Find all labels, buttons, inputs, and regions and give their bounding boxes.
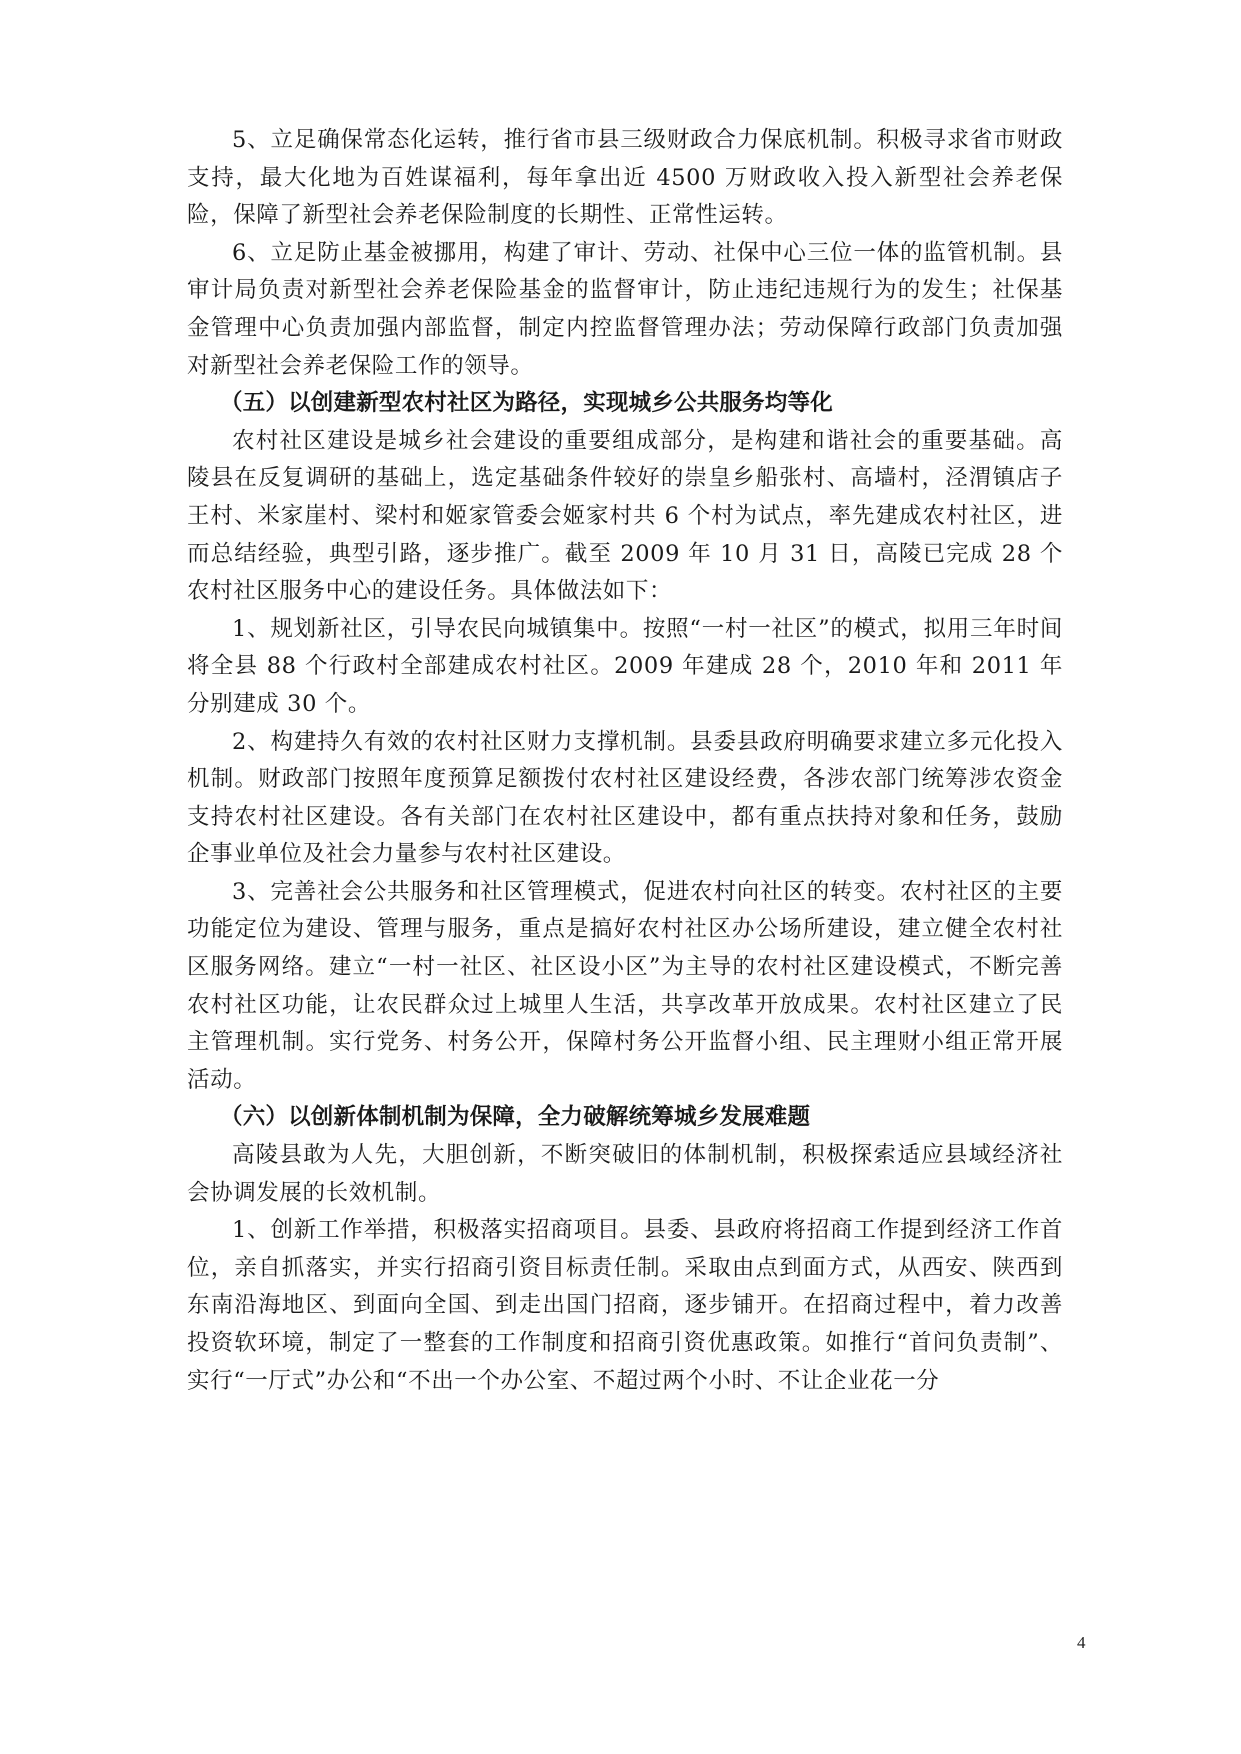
- paragraph-item-6-supervision: 6、立足防止基金被挪用，构建了审计、劳动、社保中心三位一体的监管机制。县审计局负…: [187, 235, 1063, 385]
- page-number: 4: [1077, 1633, 1086, 1653]
- section-heading-5: （五）以创建新型农村社区为路径，实现城乡公共服务均等化: [187, 385, 1063, 423]
- paragraph-innovation-intro: 高陵县敢为人先，大胆创新，不断突破旧的体制机制，积极探索适应县域经济社会协调发展…: [187, 1137, 1063, 1212]
- paragraph-community-intro: 农村社区建设是城乡社会建设的重要组成部分，是构建和谐社会的重要基础。高陵县在反复…: [187, 423, 1063, 611]
- section-heading-6: （六）以创新体制机制为保障，全力破解统筹城乡发展难题: [187, 1099, 1063, 1137]
- paragraph-item-1-investment: 1、创新工作举措，积极落实招商项目。县委、县政府将招商工作提到经济工作首位，亲自…: [187, 1212, 1063, 1400]
- document-body: 5、立足确保常态化运转，推行省市县三级财政合力保底机制。积极寻求省市财政支持，最…: [187, 122, 1063, 1400]
- paragraph-item-3-services: 3、完善社会公共服务和社区管理模式，促进农村向社区的转变。农村社区的主要功能定位…: [187, 874, 1063, 1100]
- paragraph-item-2-finance: 2、构建持久有效的农村社区财力支撑机制。县委县政府明确要求建立多元化投入机制。财…: [187, 724, 1063, 874]
- paragraph-item-5-funding: 5、立足确保常态化运转，推行省市县三级财政合力保底机制。积极寻求省市财政支持，最…: [187, 122, 1063, 235]
- paragraph-item-1-planning: 1、规划新社区，引导农民向城镇集中。按照“一村一社区”的模式，拟用三年时间将全县…: [187, 611, 1063, 724]
